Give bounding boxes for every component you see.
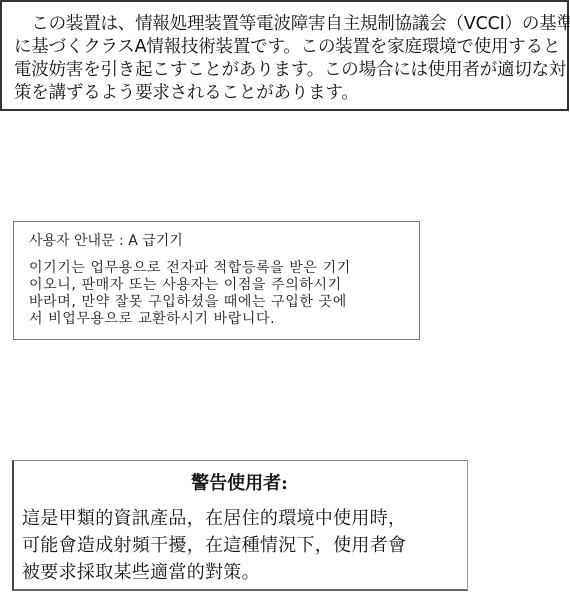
bsmi-line-3: 被要求採取某些適當的對策。: [22, 559, 457, 586]
bsmi-line-1: 這是甲類的資訊產品，在居住的環境中使用時，: [22, 505, 457, 532]
vcci-line-2: に基づくクラスA情報技術装置です。この装置を家庭環境で使用すると: [14, 36, 557, 59]
kcc-line-2: 이오니, 판매자 또는 사용자는 이점을 주의하시기: [29, 277, 407, 294]
kcc-line-1: 이기기는 업무용으로 전자파 적합등록을 받은 기기: [29, 260, 407, 277]
vcci-line-4: 策を講ずるよう要求されることがあります。: [14, 82, 557, 105]
korea-class-a-notice: 사용자 안내문 : A 급기기 이기기는 업무용으로 전자파 적합등록을 받은 …: [13, 221, 420, 340]
japan-vcci-notice: この装置は、情報処理装置等電波障害自主規制協議会（VCCI）の基準 に基づくクラ…: [0, 0, 569, 111]
vcci-line-1: この装置は、情報処理装置等電波障害自主規制協議会（VCCI）の基準: [14, 13, 557, 36]
bsmi-warning-title: 警告使用者:: [22, 473, 457, 495]
bsmi-line-2: 可能會造成射頻干擾，在這種情況下，使用者會: [22, 532, 457, 559]
kcc-line-4: 서 비업무용으로 교환하시기 바랍니다.: [29, 311, 407, 328]
taiwan-bsmi-warning: 警告使用者: 這是甲類的資訊產品，在居住的環境中使用時， 可能會造成射頻干擾，在…: [12, 460, 468, 591]
vcci-line-3: 電波妨害を引き起こすことがあります。この場合には使用者が適切な対: [14, 59, 557, 82]
kcc-notice-title: 사용자 안내문 : A 급기기: [29, 232, 407, 250]
kcc-line-3: 바라며, 만약 잘못 구입하셨을 때에는 구입한 곳에: [29, 294, 407, 311]
